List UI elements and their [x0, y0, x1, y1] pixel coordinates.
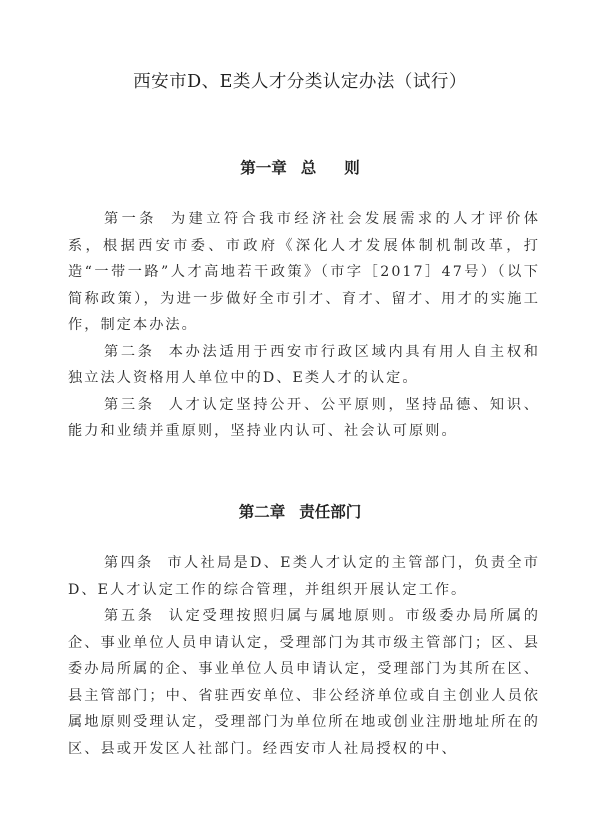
- chapter-1-title-part-2: 则: [344, 159, 360, 177]
- chapter-2-heading: 第二章责任部门: [0, 500, 600, 522]
- chapter-1-number: 第一章: [240, 159, 287, 177]
- article-5: 第五条认定受理按照归属与属地原则。市级委办局所属的企、事业单位人员申请认定，受理…: [68, 603, 540, 762]
- document-page: 西安市D、E类人才分类认定办法（试行） 第一章总则 第一条为建立符合我市经济社会…: [0, 0, 600, 834]
- article-4: 第四条市人社局是D、E类人才认定的主管部门，负责全市D、E人才认定工作的综合管理…: [68, 550, 540, 603]
- chapter-1-title-part-1: 总: [301, 159, 317, 177]
- article-1-number: 第一条: [104, 211, 157, 227]
- article-5-text: 认定受理按照归属与属地原则。市级委办局所属的企、事业单位人员申请认定，受理部门为…: [68, 608, 540, 757]
- article-3: 第三条人才认定坚持公开、公平原则，坚持品德、知识、能力和业绩并重原则，坚持业内认…: [68, 392, 540, 445]
- article-4-number: 第四条: [104, 555, 154, 571]
- chapter-2-body: 第四条市人社局是D、E类人才认定的主管部门，负责全市D、E人才认定工作的综合管理…: [68, 550, 540, 762]
- article-3-number: 第三条: [104, 397, 155, 413]
- chapter-2-title: 责任部门: [299, 503, 361, 521]
- article-1: 第一条为建立符合我市经济社会发展需求的人才评价体系，根据西安市委、市政府《深化人…: [68, 206, 540, 339]
- document-title: 西安市D、E类人才分类认定办法（试行）: [0, 68, 600, 93]
- chapter-1-heading: 第一章总则: [0, 156, 600, 178]
- chapter-1-body: 第一条为建立符合我市经济社会发展需求的人才评价体系，根据西安市委、市政府《深化人…: [68, 206, 540, 445]
- article-1-text: 为建立符合我市经济社会发展需求的人才评价体系，根据西安市委、市政府《深化人才发展…: [68, 211, 540, 333]
- article-5-number: 第五条: [104, 608, 155, 624]
- article-2-number: 第二条: [104, 344, 155, 360]
- article-2: 第二条本办法适用于西安市行政区域内具有用人自主权和独立法人资格用人单位中的D、E…: [68, 339, 540, 392]
- chapter-2-number: 第二章: [239, 503, 286, 521]
